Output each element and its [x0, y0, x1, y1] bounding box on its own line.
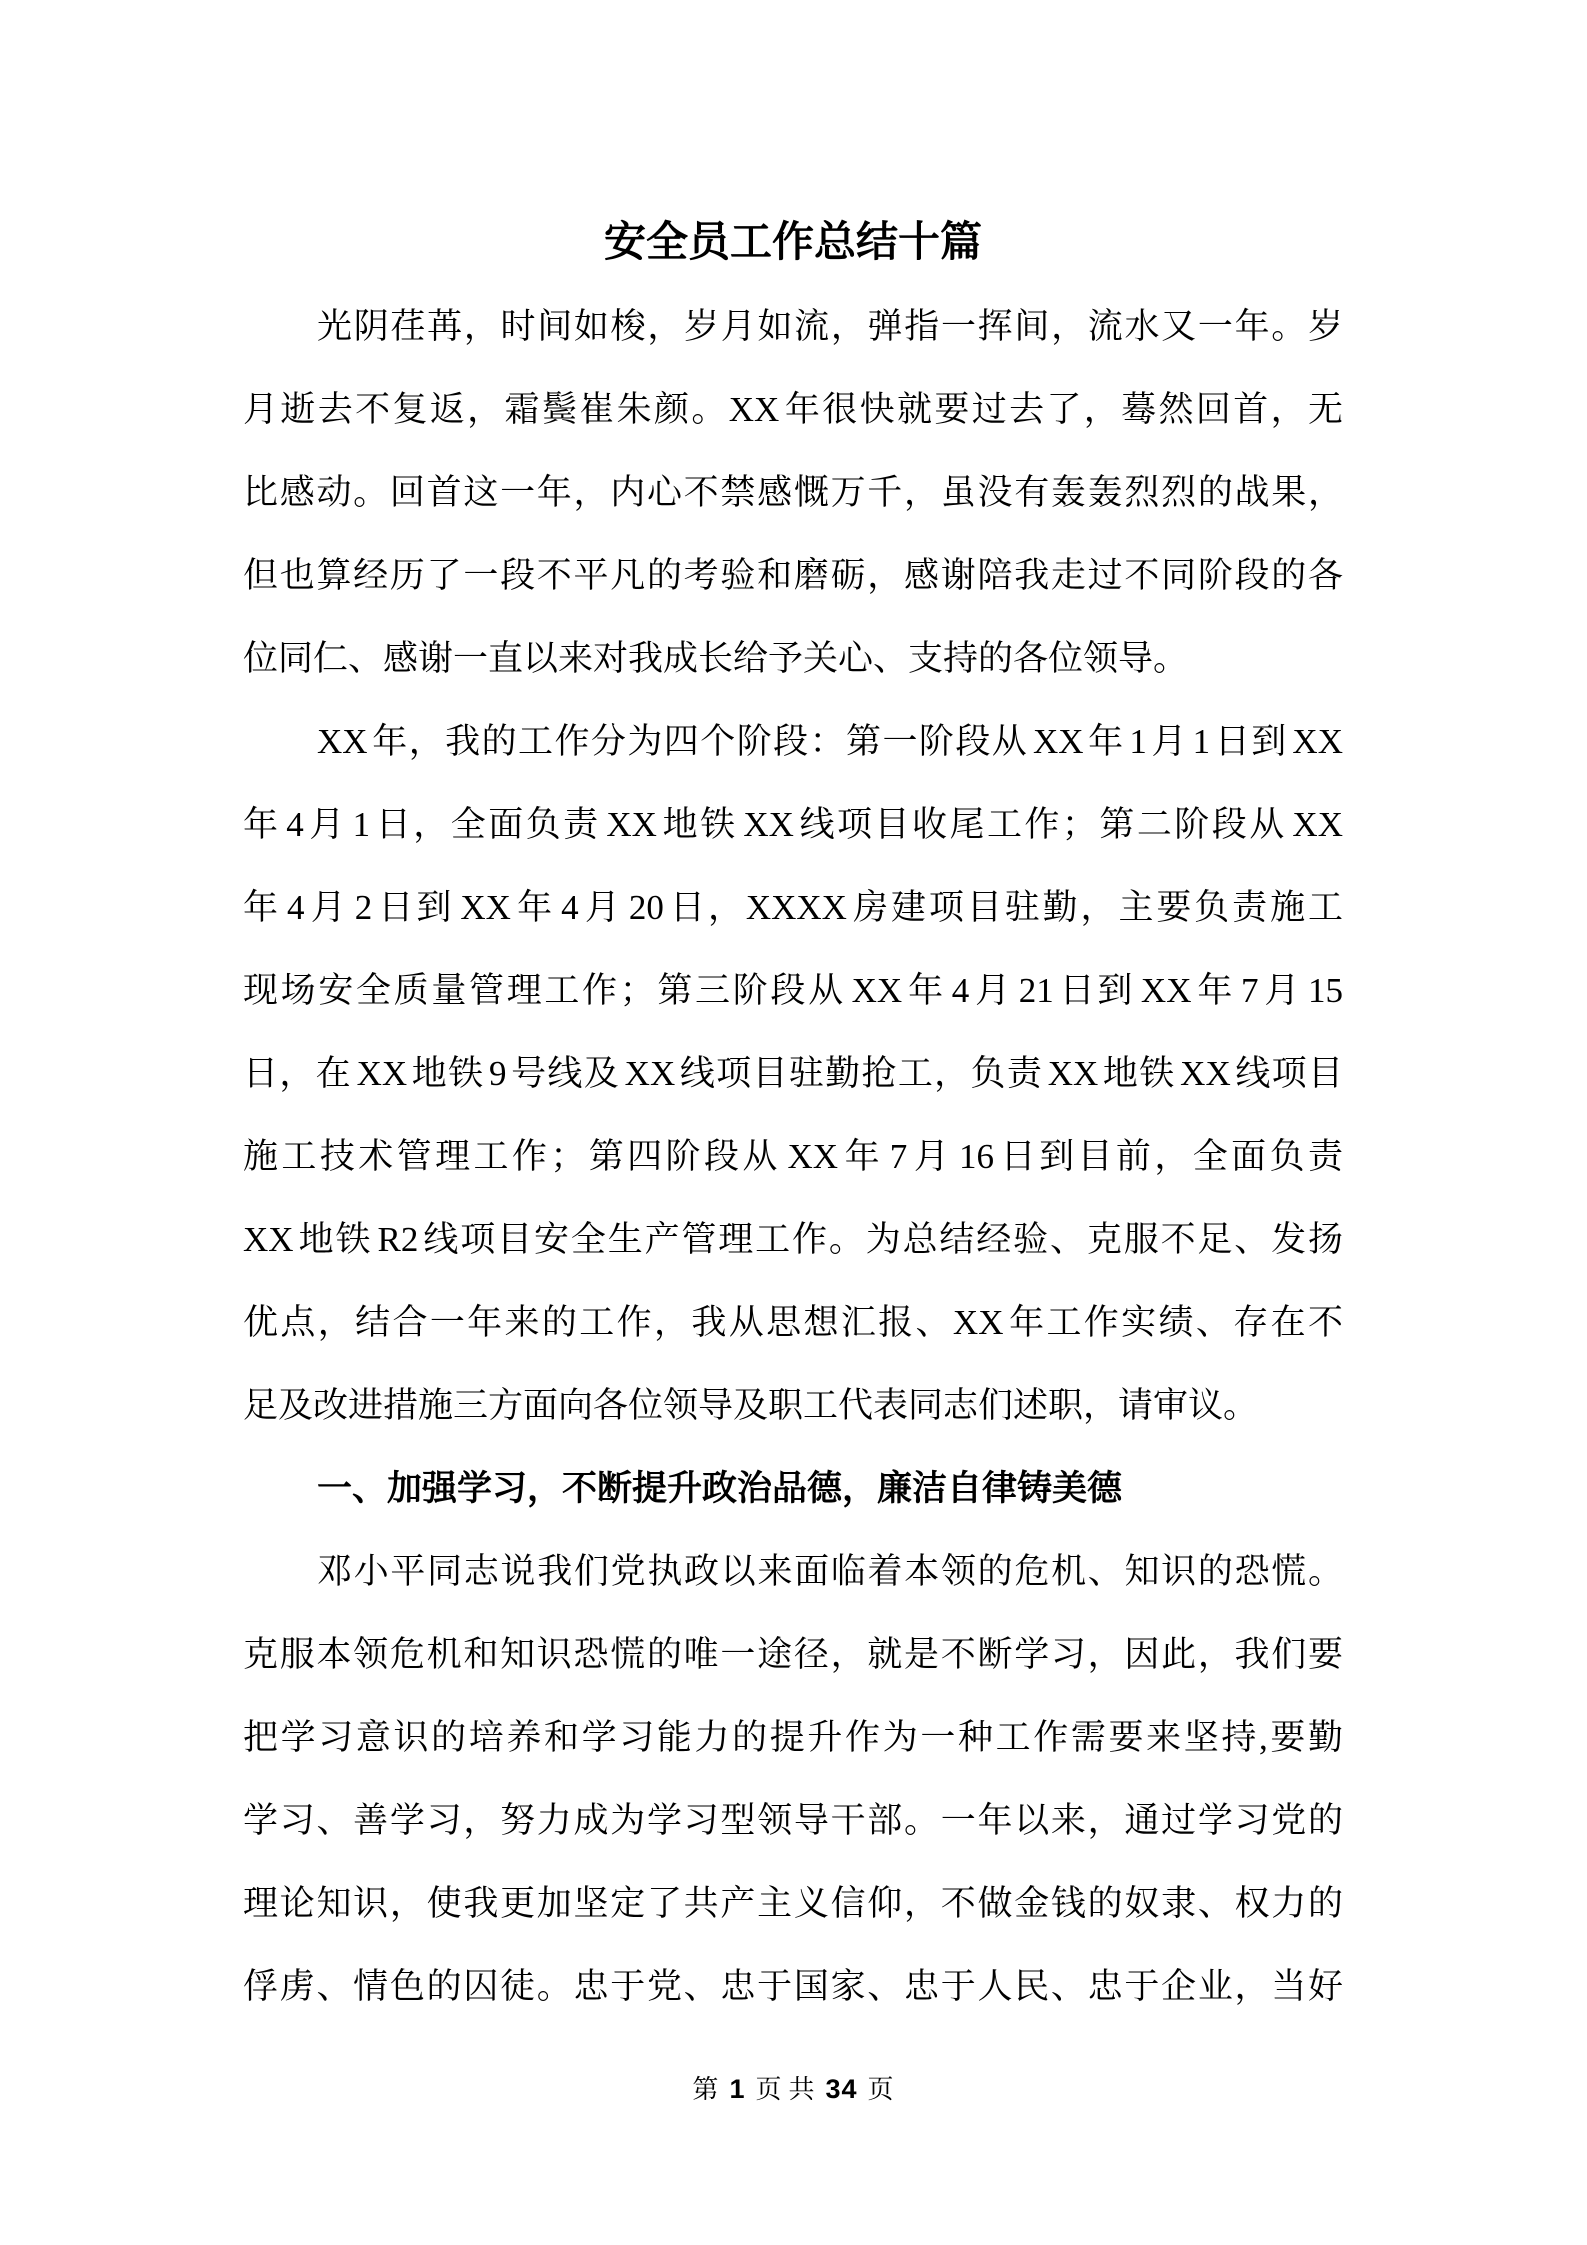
body-line: 克服本领危机和知识恐慌的唯一途径，就是不断学习，因此，我们要 [243, 1613, 1343, 1696]
footer-page-word: 页 [755, 2075, 782, 2104]
body-line: 月逝去不复返，霜鬓崔朱颜。XX 年很快就要过去了，蓦然回首，无 [243, 368, 1343, 451]
page-footer: 第1页共34页 [0, 2072, 1587, 2107]
total-pages: 34 [826, 2074, 858, 2104]
body-line: 日，在 XX 地铁 9 号线及 XX 线项目驻勤抢工，负责 XX 地铁 XX 线… [243, 1032, 1343, 1115]
document-page: 安全员工作总结十篇 光阴荏苒，时间如梭，岁月如流，弹指一挥间，流水又一年。岁 月… [0, 0, 1587, 2245]
body-line: 俘虏、情色的囚徒。忠于党、忠于国家、忠于人民、忠于企业，当好 [243, 1945, 1343, 2028]
body-line: 但也算经历了一段不平凡的考验和磨砺，感谢陪我走过不同阶段的各 [243, 534, 1343, 617]
body-line: 施工技术管理工作；第四阶段从 XX 年 7 月 16 日到目前，全面负责 [243, 1115, 1343, 1198]
page-number: 1 [729, 2074, 745, 2104]
body-line: 比感动。回首这一年，内心不禁感慨万千，虽没有轰轰烈烈的战果， [243, 451, 1343, 534]
body-line: 优点，结合一年来的工作，我从思想汇报、XX 年工作实绩、存在不 [243, 1281, 1343, 1364]
body-line: 学习、善学习，努力成为学习型领导干部。一年以来，通过学习党的 [243, 1779, 1343, 1862]
document-body: 安全员工作总结十篇 光阴荏苒，时间如梭，岁月如流，弹指一挥间，流水又一年。岁 月… [243, 202, 1343, 2028]
body-line: 位同仁、感谢一直以来对我成长给予关心、支持的各位领导。 [243, 617, 1343, 700]
document-title: 安全员工作总结十篇 [243, 202, 1343, 285]
body-line: 理论知识，使我更加坚定了共产主义信仰，不做金钱的奴隶、权力的 [243, 1862, 1343, 1945]
body-line: 光阴荏苒，时间如梭，岁月如流，弹指一挥间，流水又一年。岁 [243, 285, 1343, 368]
body-line: 年 4 月 2 日到 XX 年 4 月 20 日，XXXX 房建项目驻勤，主要负… [243, 866, 1343, 949]
section-heading: 一、加强学习，不断提升政治品德，廉洁自律铸美德 [243, 1447, 1343, 1530]
body-line: XX 年，我的工作分为四个阶段：第一阶段从 XX 年 1 月 1 日到 XX [243, 700, 1343, 783]
footer-prefix: 第 [692, 2075, 719, 2104]
body-line: 现场安全质量管理工作；第三阶段从 XX 年 4 月 21 日到 XX 年 7 月… [243, 949, 1343, 1032]
body-line: 邓小平同志说我们党执政以来面临着本领的危机、知识的恐慌。 [243, 1530, 1343, 1613]
body-line: XX 地铁 R2 线项目安全生产管理工作。为总结经验、克服不足、发扬 [243, 1198, 1343, 1281]
body-line: 足及改进措施三方面向各位领导及职工代表同志们述职，请审议。 [243, 1364, 1343, 1447]
footer-conjunction: 共 [788, 2075, 815, 2104]
body-line: 年 4 月 1 日，全面负责 XX 地铁 XX 线项目收尾工作；第二阶段从 XX [243, 783, 1343, 866]
body-line: 把学习意识的培养和学习能力的提升作为一种工作需要来坚持,要勤 [243, 1696, 1343, 1779]
footer-page-word-2: 页 [868, 2075, 895, 2104]
